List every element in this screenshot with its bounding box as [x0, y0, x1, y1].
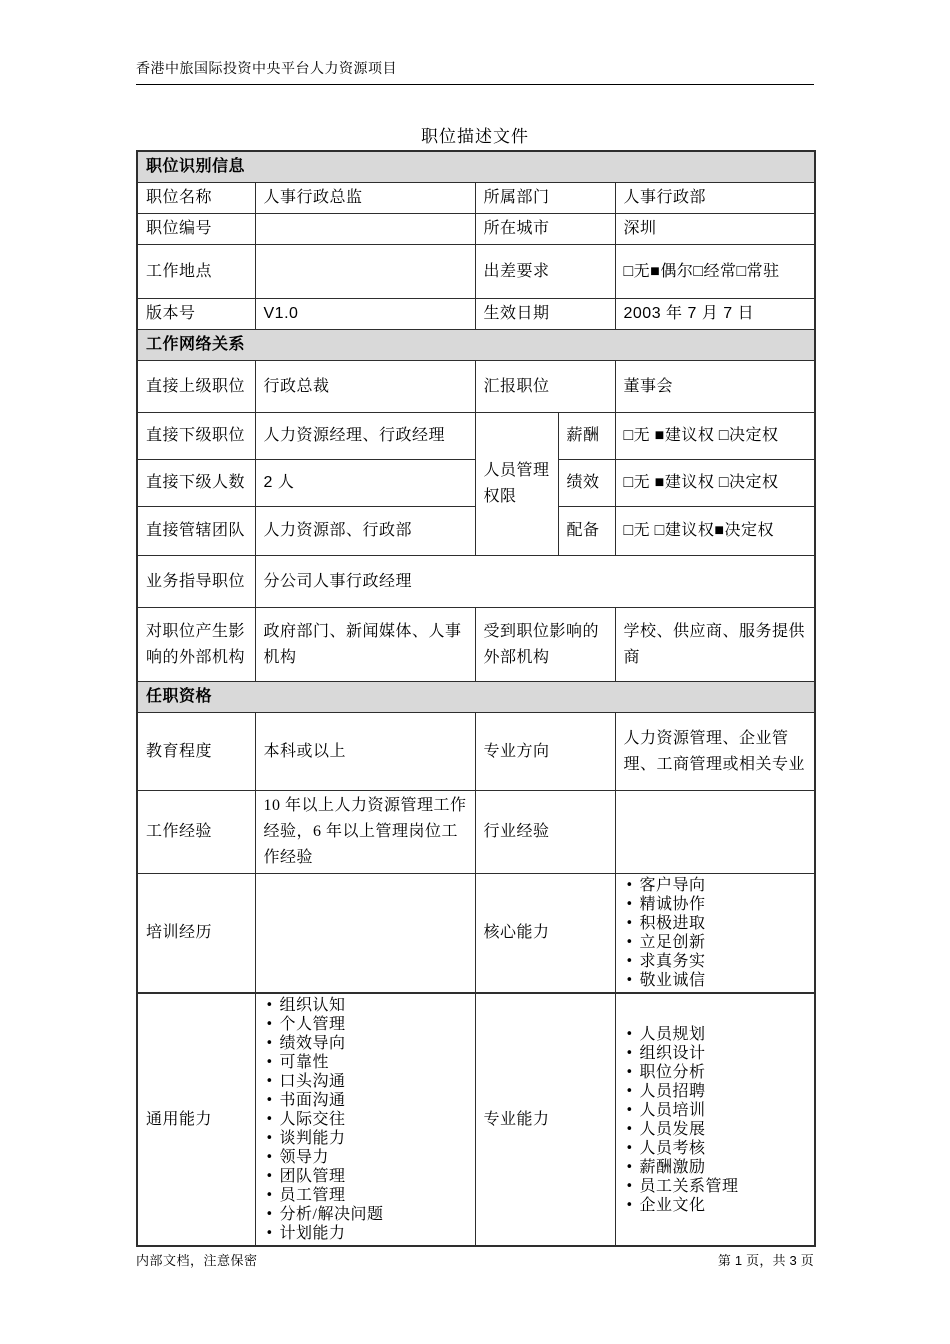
major-label: 专业方向 — [475, 713, 615, 791]
general-comp-bullets: 组织认知个人管理绩效导向可靠性口头沟通书面沟通人际交往谈判能力领导力团队管理员工… — [264, 996, 467, 1243]
row-guidance: 业务指导职位 分公司人事行政经理 — [137, 556, 815, 608]
section-row-network: 工作网络关系 — [137, 330, 815, 361]
document-header: 香港中旅国际投资中央平台人力资源项目 — [136, 60, 814, 85]
bullet-list-item: 人员规划 — [624, 1025, 807, 1044]
section-title-network: 工作网络关系 — [137, 330, 815, 361]
general-comp-label: 通用能力 — [137, 993, 255, 1246]
general-comp-list: 组织认知个人管理绩效导向可靠性口头沟通书面沟通人际交往谈判能力领导力团队管理员工… — [255, 993, 475, 1246]
report-to-label: 汇报职位 — [475, 361, 615, 413]
bullet-list-item: 个人管理 — [264, 1015, 467, 1034]
salary-label: 薪酬 — [558, 413, 615, 460]
core-comp-list: 客户导向精诚协作积极进取立足创新求真务实敬业诚信 — [615, 874, 815, 994]
bullet-list-item: 员工关系管理 — [624, 1177, 807, 1196]
row-competencies: 通用能力 组织认知个人管理绩效导向可靠性口头沟通书面沟通人际交往谈判能力领导力团… — [137, 993, 815, 1246]
document-footer: 内部文档，注意保密 第 1 页，共 3 页 — [136, 1250, 814, 1269]
report-to-value: 董事会 — [615, 361, 815, 413]
row-external-orgs: 对职位产生影响的外部机构 政府部门、新闻媒体、人事机构 受到职位影响的外部机构 … — [137, 608, 815, 682]
row-training: 培训经历 核心能力 客户导向精诚协作积极进取立足创新求真务实敬业诚信 — [137, 874, 815, 994]
row-position-name: 职位名称 人事行政总监 所属部门 人事行政部 — [137, 183, 815, 214]
performance-label: 绩效 — [558, 460, 615, 507]
superior-label: 直接上级职位 — [137, 361, 255, 413]
training-value — [255, 874, 475, 994]
superior-value: 行政总裁 — [255, 361, 475, 413]
bullet-list-item: 分析/解决问题 — [264, 1205, 467, 1224]
staffing-label: 配备 — [558, 507, 615, 556]
work-exp-value: 10 年以上人力资源管理工作经验，6 年以上管理岗位工作经验 — [255, 791, 475, 874]
bullet-list-item: 敬业诚信 — [624, 971, 807, 990]
job-description-table-wrap: 职位识别信息 职位名称 人事行政总监 所属部门 人事行政部 职位编号 所在城市 … — [136, 150, 816, 1247]
professional-comp-label: 专业能力 — [475, 993, 615, 1246]
core-comp-bullets: 客户导向精诚协作积极进取立足创新求真务实敬业诚信 — [624, 876, 807, 990]
bullet-list-item: 书面沟通 — [264, 1091, 467, 1110]
row-superior: 直接上级职位 行政总裁 汇报职位 董事会 — [137, 361, 815, 413]
bullet-list-item: 求真务实 — [624, 952, 807, 971]
row-work-experience: 工作经验 10 年以上人力资源管理工作经验，6 年以上管理岗位工作经验 行业经验 — [137, 791, 815, 874]
bullet-list-item: 员工管理 — [264, 1186, 467, 1205]
position-name-value: 人事行政总监 — [255, 183, 475, 214]
section-title-identification: 职位识别信息 — [137, 151, 815, 183]
bullet-list-item: 人员培训 — [624, 1101, 807, 1120]
bullet-list-item: 组织设计 — [624, 1044, 807, 1063]
education-label: 教育程度 — [137, 713, 255, 791]
effective-date-value: 2003 年 7 月 7 日 — [615, 299, 815, 330]
city-value: 深圳 — [615, 214, 815, 245]
bullet-list-item: 立足创新 — [624, 933, 807, 952]
training-label: 培训经历 — [137, 874, 255, 994]
external-influencing-value: 政府部门、新闻媒体、人事机构 — [255, 608, 475, 682]
section-row-identification: 职位识别信息 — [137, 151, 815, 183]
job-description-table: 职位识别信息 职位名称 人事行政总监 所属部门 人事行政部 职位编号 所在城市 … — [136, 150, 816, 1247]
department-label: 所属部门 — [475, 183, 615, 214]
core-comp-label: 核心能力 — [475, 874, 615, 994]
city-label: 所在城市 — [475, 214, 615, 245]
work-location-label: 工作地点 — [137, 245, 255, 299]
department-value: 人事行政部 — [615, 183, 815, 214]
bullet-list-item: 领导力 — [264, 1148, 467, 1167]
bullet-list-item: 人际交往 — [264, 1110, 467, 1129]
bullet-list-item: 人员考核 — [624, 1139, 807, 1158]
bullet-list-item: 企业文化 — [624, 1196, 807, 1215]
staffing-checkboxes: □无 □建议权■决定权 — [615, 507, 815, 556]
position-code-label: 职位编号 — [137, 214, 255, 245]
row-education: 教育程度 本科或以上 专业方向 人力资源管理、企业管理、工商管理或相关专业 — [137, 713, 815, 791]
bullet-list-item: 客户导向 — [624, 876, 807, 895]
bullet-list-item: 团队管理 — [264, 1167, 467, 1186]
section-title-qualification: 任职资格 — [137, 682, 815, 713]
external-influencing-label: 对职位产生影响的外部机构 — [137, 608, 255, 682]
guidance-value: 分公司人事行政经理 — [255, 556, 815, 608]
row-position-code: 职位编号 所在城市 深圳 — [137, 214, 815, 245]
page-title: 职位描述文件 — [136, 122, 814, 147]
bullet-list-item: 可靠性 — [264, 1053, 467, 1072]
document-page: 香港中旅国际投资中央平台人力资源项目 职位描述文件 职位识别信息 职位名称 人事… — [0, 0, 950, 1344]
performance-checkboxes: □无 ■建议权 □决定权 — [615, 460, 815, 507]
subordinate-positions-value: 人力资源经理、行政经理 — [255, 413, 475, 460]
position-name-label: 职位名称 — [137, 183, 255, 214]
row-work-location: 工作地点 出差要求 □无■偶尔□经常□常驻 — [137, 245, 815, 299]
major-value: 人力资源管理、企业管理、工商管理或相关专业 — [615, 713, 815, 791]
industry-exp-value — [615, 791, 815, 874]
subordinate-count-value: 2 人 — [255, 460, 475, 507]
bullet-list-item: 绩效导向 — [264, 1034, 467, 1053]
version-value: V1.0 — [255, 299, 475, 330]
bullet-list-item: 薪酬激励 — [624, 1158, 807, 1177]
bullet-list-item: 谈判能力 — [264, 1129, 467, 1148]
effective-date-label: 生效日期 — [475, 299, 615, 330]
confidentiality-note: 内部文档，注意保密 — [136, 1250, 258, 1269]
salary-checkboxes: □无 ■建议权 □决定权 — [615, 413, 815, 460]
managed-teams-label: 直接管辖团队 — [137, 507, 255, 556]
external-influenced-label: 受到职位影响的外部机构 — [475, 608, 615, 682]
external-influenced-value: 学校、供应商、服务提供商 — [615, 608, 815, 682]
work-location-value — [255, 245, 475, 299]
bullet-list-item: 口头沟通 — [264, 1072, 467, 1091]
row-version: 版本号 V1.0 生效日期 2003 年 7 月 7 日 — [137, 299, 815, 330]
guidance-label: 业务指导职位 — [137, 556, 255, 608]
bullet-list-item: 组织认知 — [264, 996, 467, 1015]
professional-comp-bullets: 人员规划组织设计职位分析人员招聘人员培训人员发展人员考核薪酬激励员工关系管理企业… — [624, 1025, 807, 1215]
version-label: 版本号 — [137, 299, 255, 330]
subordinate-positions-label: 直接下级职位 — [137, 413, 255, 460]
bullet-list-item: 精诚协作 — [624, 895, 807, 914]
mgmt-authority-cell: 人员管理权限 — [475, 413, 558, 556]
row-subordinate-positions: 直接下级职位 人力资源经理、行政经理 人员管理权限 薪酬 □无 ■建议权 □决定… — [137, 413, 815, 460]
subordinate-count-label: 直接下级人数 — [137, 460, 255, 507]
project-name-text: 香港中旅国际投资中央平台人力资源项目 — [136, 62, 397, 77]
travel-checkboxes: □无■偶尔□经常□常驻 — [615, 245, 815, 299]
travel-label: 出差要求 — [475, 245, 615, 299]
section-row-qualification: 任职资格 — [137, 682, 815, 713]
industry-exp-label: 行业经验 — [475, 791, 615, 874]
position-code-value — [255, 214, 475, 245]
bullet-list-item: 人员招聘 — [624, 1082, 807, 1101]
work-exp-label: 工作经验 — [137, 791, 255, 874]
professional-comp-list: 人员规划组织设计职位分析人员招聘人员培训人员发展人员考核薪酬激励员工关系管理企业… — [615, 993, 815, 1246]
bullet-list-item: 积极进取 — [624, 914, 807, 933]
page-number: 第 1 页，共 3 页 — [718, 1250, 814, 1269]
bullet-list-item: 人员发展 — [624, 1120, 807, 1139]
education-value: 本科或以上 — [255, 713, 475, 791]
managed-teams-value: 人力资源部、行政部 — [255, 507, 475, 556]
bullet-list-item: 职位分析 — [624, 1063, 807, 1082]
bullet-list-item: 计划能力 — [264, 1224, 467, 1243]
